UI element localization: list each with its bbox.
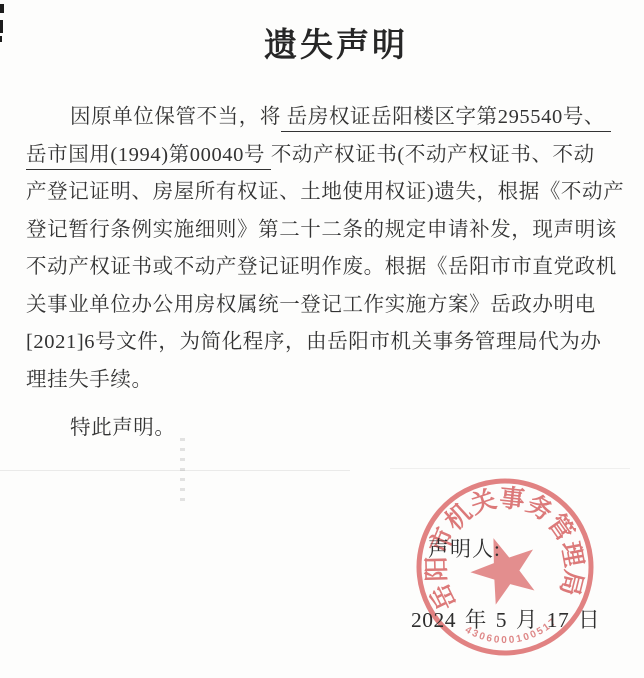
- underlined-certificate-number: 岳市国用(1994)第00040号: [26, 144, 271, 170]
- scan-streak-artifact: [390, 468, 630, 469]
- closing-statement: 特此声明。: [26, 410, 626, 448]
- body-line: 不动产权证书或不动产登记证明作废。根据《岳阳市市直党政机: [26, 249, 626, 287]
- underlined-certificate-number: 岳房权证岳阳楼区字第295540号、: [281, 106, 611, 132]
- document-body: 因原单位保管不当，将 岳房权证岳阳楼区字第295540号、 岳市国用(1994)…: [26, 99, 626, 448]
- scan-edge-artifact: [0, 4, 4, 13]
- body-line: 理挂失手续。: [26, 362, 626, 400]
- scanned-document-page: 遗失声明 因原单位保管不当，将 岳房权证岳阳楼区字第295540号、 岳市国用(…: [0, 0, 644, 678]
- body-line: 关事业单位办公用房权属统一登记工作实施方案》岳政办明电: [26, 287, 626, 325]
- body-line: 岳市国用(1994)第00040号 不动产权证书(不动产权证书、不动: [26, 137, 626, 175]
- declarant-label: 声明人:: [428, 533, 501, 563]
- scan-edge-artifact: [0, 36, 2, 42]
- body-line: 登记暂行条例实施细则》第二十二条的规定申请补发，现声明该: [26, 212, 626, 250]
- body-line: [2021]6号文件，为简化程序，由岳阳市机关事务管理局代为办: [26, 324, 626, 362]
- document-date: 2024 年 5 月 17 日: [411, 603, 600, 634]
- body-text: 不动产权证书(不动产权证书、不动: [271, 144, 595, 166]
- body-line: 因原单位保管不当，将 岳房权证岳阳楼区字第295540号、: [26, 99, 626, 137]
- body-line: 产登记证明、房屋所有权证、土地使用权证)遗失，根据《不动产: [26, 174, 626, 212]
- body-text: 因原单位保管不当，将: [70, 106, 281, 128]
- scan-streak-artifact: [0, 470, 350, 471]
- scan-edge-artifact: [0, 20, 3, 33]
- document-title: 遗失声明: [14, 19, 644, 66]
